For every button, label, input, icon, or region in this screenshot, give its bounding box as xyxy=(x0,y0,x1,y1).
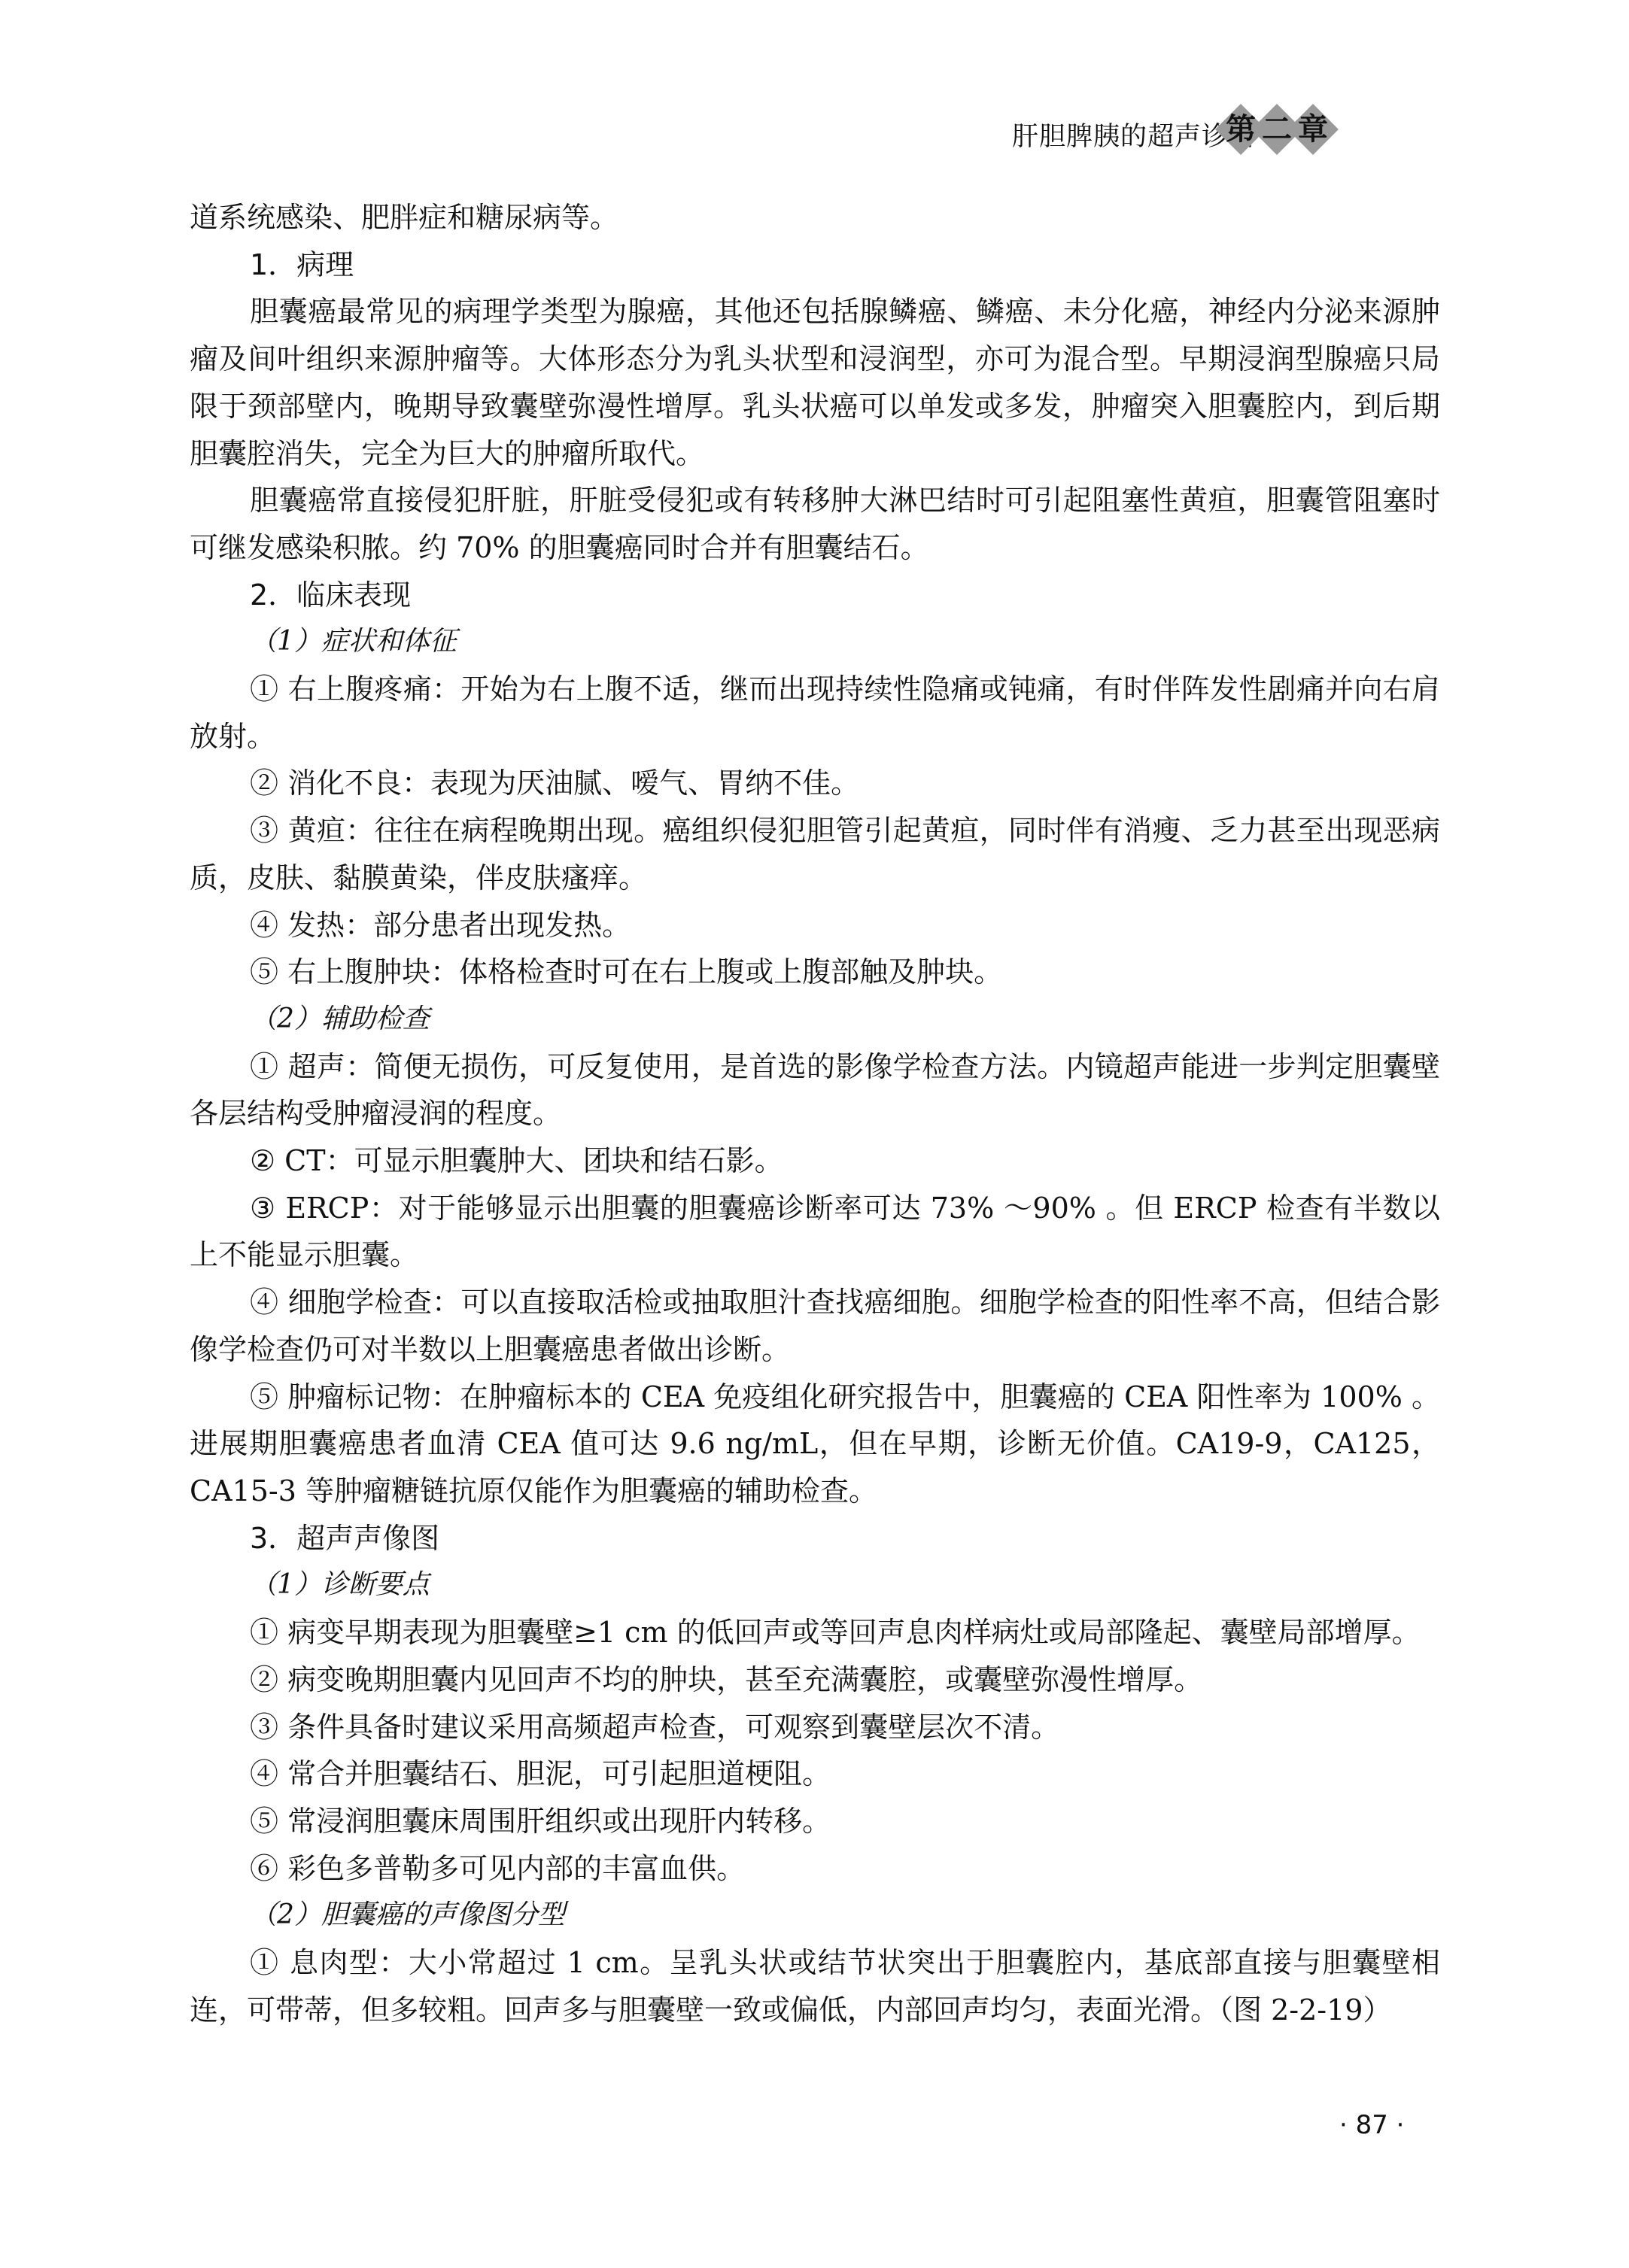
list-item: ③ 黄疸：往往在病程晚期出现。癌组织侵犯胆管引起黄疸，同时伴有消瘦、乏力甚至出现… xyxy=(190,807,1440,901)
section-heading: 3．超声声像图 xyxy=(190,1515,1440,1562)
list-item: ② 消化不良：表现为厌油腻、嗳气、胃纳不佳。 xyxy=(190,760,1440,807)
list-item: ② 病变晚期胆囊内见回声不均的肿块，甚至充满囊腔，或囊壁弥漫性增厚。 xyxy=(190,1656,1440,1704)
list-item: ③ ERCP：对于能够显示出胆囊的胆囊癌诊断率可达 73% ～90% 。但 ER… xyxy=(190,1185,1440,1279)
paragraph: 胆囊癌最常见的病理学类型为腺癌，其他还包括腺鳞癌、鳞癌、未分化癌，神经内分泌来源… xyxy=(190,288,1440,477)
subsection-heading: （2）辅助检查 xyxy=(190,996,1440,1043)
list-item: ① 超声：简便无损伤，可反复使用，是首选的影像学检查方法。内镜超声能进一步判定胆… xyxy=(190,1043,1440,1137)
chapter-char: 章 xyxy=(1287,111,1339,147)
list-item: ② CT：可显示胆囊肿大、团块和结石影。 xyxy=(190,1137,1440,1185)
list-item: ① 息肉型：大小常超过 1 cm。呈乳头状或结节状突出于胆囊腔内，基底部直接与胆… xyxy=(190,1939,1440,2033)
list-item: ⑥ 彩色多普勒多可见内部的丰富血供。 xyxy=(190,1845,1440,1893)
continuation-paragraph: 道系统感染、肥胖症和糖尿病等。 xyxy=(190,194,1440,241)
paragraph: 胆囊癌常直接侵犯肝脏，肝脏受侵犯或有转移肿大淋巴结时可引起阻塞性黄疸，胆囊管阻塞… xyxy=(190,477,1440,571)
subsection-heading: （2）胆囊癌的声像图分型 xyxy=(190,1892,1440,1939)
list-item: ① 右上腹疼痛：开始为右上腹不适，继而出现持续性隐痛或钝痛，有时伴阵发性剧痛并向… xyxy=(190,666,1440,760)
list-item: ④ 发热：部分患者出现发热。 xyxy=(190,902,1440,949)
list-item: ⑤ 肿瘤标记物：在肿瘤标本的 CEA 免疫组化研究报告中，胆囊癌的 CEA 阳性… xyxy=(190,1374,1440,1515)
section-heading: 2．临床表现 xyxy=(190,572,1440,619)
section-heading: 1．病理 xyxy=(190,241,1440,289)
subsection-heading: （1）症状和体征 xyxy=(190,618,1440,666)
list-item: ① 病变早期表现为胆囊壁≥1 cm 的低回声或等回声息肉样病灶或局部隆起、囊壁局… xyxy=(190,1609,1440,1656)
subsection-heading: （1）诊断要点 xyxy=(190,1562,1440,1609)
list-item: ⑤ 常浸润胆囊床周围肝组织或出现肝内转移。 xyxy=(190,1798,1440,1845)
list-item: ④ 细胞学检查：可以直接取活检或抽取胆汁查找癌细胞。细胞学检查的阳性率不高，但结… xyxy=(190,1279,1440,1373)
list-item: ④ 常合并胆囊结石、胆泥，可引起胆道梗阻。 xyxy=(190,1750,1440,1798)
page-body: 道系统感染、肥胖症和糖尿病等。 1．病理 胆囊癌最常见的病理学类型为腺癌，其他还… xyxy=(190,194,1440,2033)
list-item: ③ 条件具备时建议采用高频超声检查，可观察到囊壁层次不清。 xyxy=(190,1704,1440,1751)
running-header: 肝胆脾胰的超声诊断 第 二 章 xyxy=(978,105,1505,165)
page-number: · 87 · xyxy=(1339,2110,1405,2140)
list-item: ⑤ 右上腹肿块：体格检查时可在右上腹或上腹部触及肿块。 xyxy=(190,949,1440,996)
